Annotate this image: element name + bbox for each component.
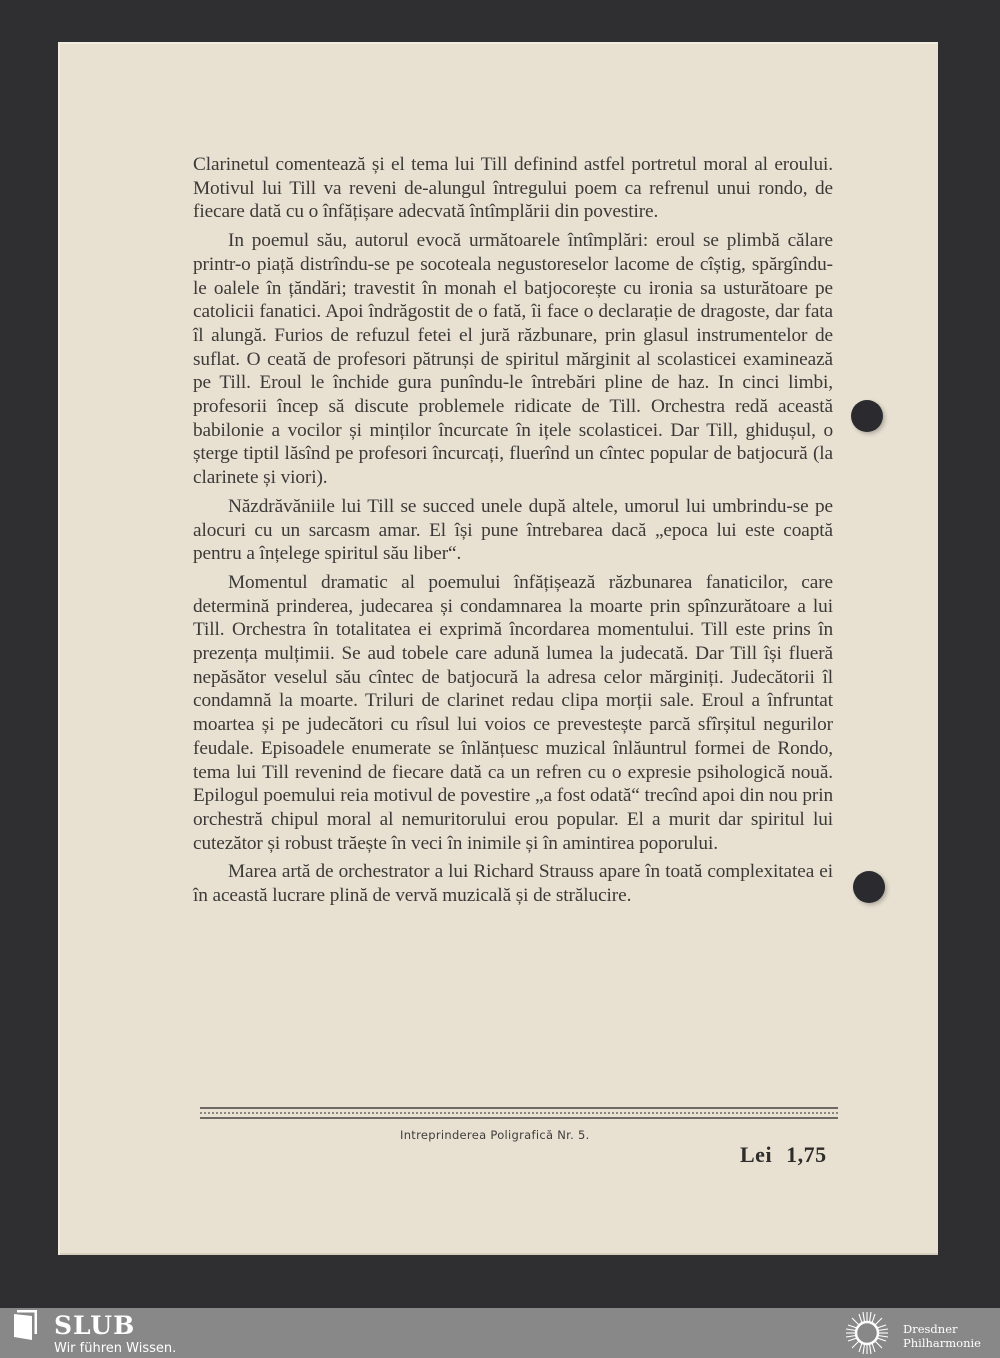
paragraph: Momentul dramatic al poemului înfățișeaz… bbox=[193, 571, 833, 855]
slub-logo-name[interactable]: SLUB bbox=[54, 1311, 135, 1340]
punch-hole-upper bbox=[851, 400, 883, 432]
ornamental-rule-top bbox=[200, 1107, 838, 1109]
printer-imprint: Intreprinderea Poligrafică Nr. 5. bbox=[400, 1128, 590, 1142]
punch-hole-lower bbox=[853, 871, 885, 903]
paragraph: Marea artă de orchestrator a lui Richard… bbox=[193, 860, 833, 907]
dresdner-philharmonie-name[interactable]: Dresdner Philharmonie bbox=[903, 1322, 981, 1350]
paragraph: Clarinetul comentează și el tema lui Til… bbox=[193, 153, 833, 224]
ornamental-rule-dotted bbox=[200, 1112, 838, 1114]
phil-name-line2: Philharmonie bbox=[903, 1336, 981, 1350]
paragraph: Năzdrăvăniile lui Till se succed unele d… bbox=[193, 495, 833, 566]
phil-name-line1: Dresdner bbox=[903, 1322, 981, 1336]
price-currency: Lei bbox=[740, 1142, 772, 1167]
ornamental-rule-bottom bbox=[200, 1117, 838, 1119]
price-label: Lei1,75 bbox=[740, 1142, 841, 1168]
price-amount: 1,75 bbox=[786, 1142, 827, 1167]
paragraph: In poemul său, autorul evocă următoarele… bbox=[193, 229, 833, 490]
book-pages-icon[interactable] bbox=[14, 1310, 42, 1340]
slub-tagline: Wir führen Wissen. bbox=[54, 1341, 176, 1356]
sunburst-ring-icon[interactable] bbox=[842, 1308, 892, 1358]
body-text: Clarinetul comentează și el tema lui Til… bbox=[193, 153, 833, 913]
